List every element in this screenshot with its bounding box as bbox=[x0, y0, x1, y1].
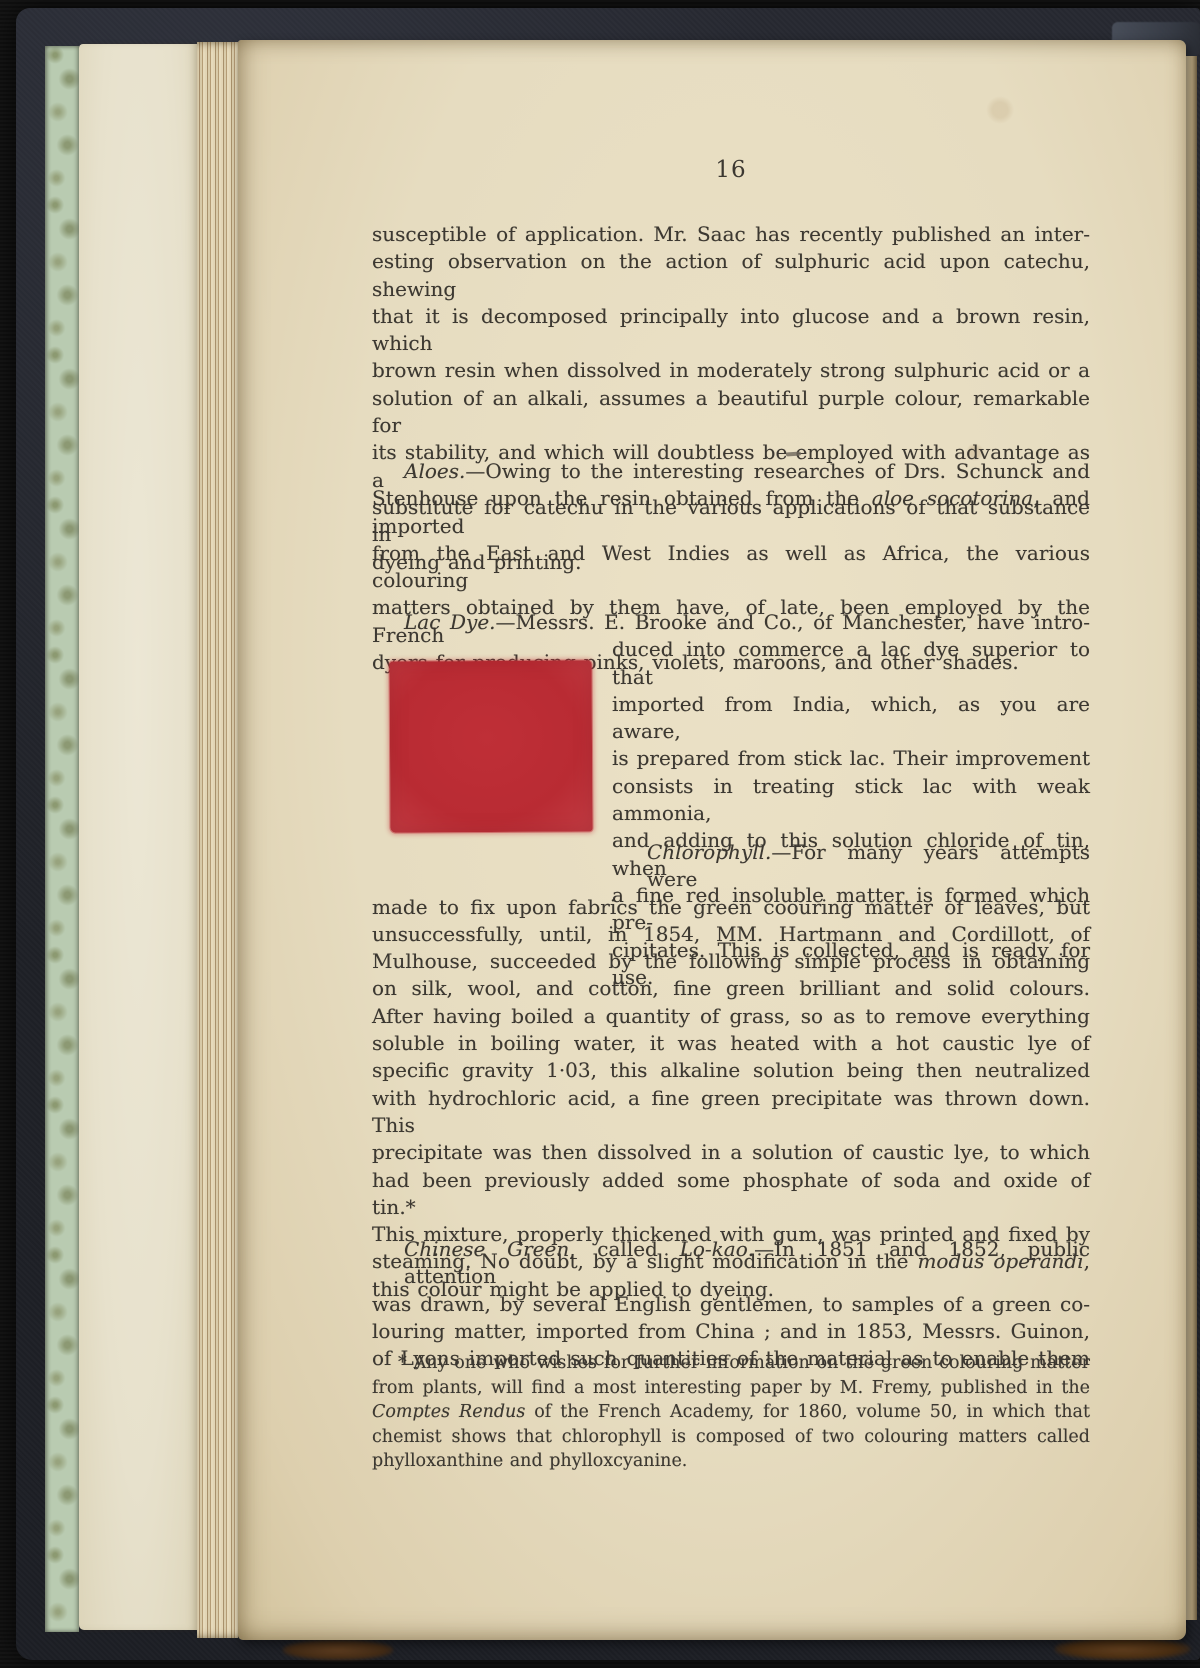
text-run: —Messrs. E. Brooke and Co., of Mancheste… bbox=[496, 610, 1090, 634]
marbled-endpaper bbox=[45, 46, 79, 1632]
text-run: * Any one who wishes for further informa… bbox=[398, 1353, 1090, 1373]
text-line: louring matter, imported from China ; an… bbox=[372, 1318, 1090, 1345]
italic-text-run: Aloes. bbox=[404, 459, 465, 483]
text-run: on silk, wool, and cotton, fine green br… bbox=[372, 976, 1090, 1000]
text-run: —Owing to the interesting researches of … bbox=[465, 459, 1090, 483]
text-line: Aloes.—Owing to the interesting research… bbox=[372, 458, 1090, 485]
italic-text-run: Lac Dye. bbox=[404, 610, 496, 634]
text-run: soluble in boiling water, it was heated … bbox=[372, 1031, 1090, 1055]
text-line: made to fix upon fabrics the green coour… bbox=[372, 894, 1090, 921]
italic-text-run: Chlorophyll. bbox=[647, 840, 771, 864]
text-line: Chlorophyll.—For many years attempts wer… bbox=[647, 839, 1090, 894]
text-run: brown resin when dissolved in moderately… bbox=[372, 358, 1090, 382]
text-run: made to fix upon fabrics the green coour… bbox=[372, 895, 1090, 919]
text-line: phylloxanthine and phylloxcyanine. bbox=[372, 1449, 1090, 1474]
text-run: solution of an alkali, assumes a beautif… bbox=[372, 386, 1090, 437]
text-line: had been previously added some phosphate… bbox=[372, 1167, 1090, 1222]
text-line: * Any one who wishes for further informa… bbox=[372, 1351, 1090, 1376]
text-line: specific gravity 1·03, this alkaline sol… bbox=[372, 1057, 1090, 1084]
text-run: imported from India, which, as you are a… bbox=[612, 692, 1090, 743]
cover-wear-mark bbox=[283, 1640, 393, 1660]
text-run: , called bbox=[569, 1237, 679, 1261]
italic-text-run: Chinese Green bbox=[404, 1237, 569, 1261]
text-run: consists in treating stick lac with weak… bbox=[612, 774, 1090, 825]
italic-text-run: Lo-kao bbox=[680, 1237, 748, 1261]
text-run: esting observation on the action of sulp… bbox=[372, 249, 1090, 300]
text-run: with hydrochloric acid, a fine green pre… bbox=[372, 1086, 1090, 1137]
footnote: * Any one who wishes for further informa… bbox=[372, 1351, 1090, 1474]
text-line: Stenhouse upon the resin obtained from t… bbox=[372, 485, 1090, 540]
text-run: susceptible of application. Mr. Saac has… bbox=[372, 222, 1090, 246]
fabric-swatch bbox=[389, 660, 592, 832]
book-page: 16 susceptible of application. Mr. Saac … bbox=[238, 40, 1186, 1640]
text-line: is prepared from stick lac. Their improv… bbox=[612, 745, 1090, 772]
text-run: Mulhouse, succeeded by the following sim… bbox=[372, 949, 1090, 973]
text-line: unsuccessfully, until, in 1854, MM. Hart… bbox=[372, 921, 1090, 948]
italic-text-run: Comptes Rendus bbox=[372, 1402, 525, 1422]
paragraph-chlorophyll: Chlorophyll.—For many years attempts wer… bbox=[372, 839, 1090, 1303]
text-run: was drawn, by several English gentlemen,… bbox=[372, 1292, 1090, 1316]
underlying-page-edge bbox=[1186, 56, 1197, 1620]
text-run: had been previously added some phosphate… bbox=[372, 1168, 1090, 1219]
text-run: is prepared from stick lac. Their improv… bbox=[612, 746, 1090, 770]
flyleaf-page bbox=[79, 44, 197, 1630]
text-run: that it is decomposed principally into g… bbox=[372, 304, 1090, 355]
text-run: louring matter, imported from China ; an… bbox=[372, 1319, 1090, 1343]
text-run: unsuccessfully, until, in 1854, MM. Hart… bbox=[372, 922, 1090, 946]
text-line: chemist shows that chlorophyll is compos… bbox=[372, 1425, 1090, 1450]
text-line: precipitate was then dissolved in a solu… bbox=[372, 1139, 1090, 1166]
text-run: precipitate was then dissolved in a solu… bbox=[372, 1140, 1090, 1164]
text-line: Lac Dye.—Messrs. E. Brooke and Co., of M… bbox=[372, 609, 1090, 636]
text-run: from plants, will find a most interestin… bbox=[372, 1378, 1090, 1398]
text-line: from plants, will find a most interestin… bbox=[372, 1376, 1090, 1401]
text-line: duced into commerce a lac dye superior t… bbox=[612, 636, 1090, 691]
text-run: phylloxanthine and phylloxcyanine. bbox=[372, 1451, 687, 1471]
text-line: imported from India, which, as you are a… bbox=[612, 691, 1090, 746]
page-edges-stack bbox=[197, 42, 238, 1638]
text-run: duced into commerce a lac dye superior t… bbox=[612, 637, 1090, 688]
text-line: on silk, wool, and cotton, fine green br… bbox=[372, 975, 1090, 1002]
text-line: was drawn, by several English gentlemen,… bbox=[372, 1291, 1090, 1318]
text-line: susceptible of application. Mr. Saac has… bbox=[372, 221, 1090, 248]
text-line: consists in treating stick lac with weak… bbox=[612, 773, 1090, 828]
text-line: with hydrochloric acid, a fine green pre… bbox=[372, 1085, 1090, 1140]
text-line: After having boiled a quantity of grass,… bbox=[372, 1003, 1090, 1030]
text-line: solution of an alkali, assumes a beautif… bbox=[372, 385, 1090, 440]
text-line: esting observation on the action of sulp… bbox=[372, 248, 1090, 303]
page-number: 16 bbox=[372, 157, 1090, 183]
cover-wear-mark bbox=[1055, 1638, 1190, 1660]
text-run: of the French Academy, for 1860, volume … bbox=[525, 1402, 1090, 1422]
text-run: Stenhouse upon the resin obtained from t… bbox=[372, 486, 872, 510]
italic-text-run: aloe socotorina bbox=[872, 486, 1033, 510]
photograph-backdrop: 16 susceptible of application. Mr. Saac … bbox=[0, 0, 1200, 1668]
text-line: soluble in boiling water, it was heated … bbox=[372, 1030, 1090, 1057]
text-line: Comptes Rendus of the French Academy, fo… bbox=[372, 1400, 1090, 1425]
text-line: Chinese Green, called Lo-kao.—In 1851 an… bbox=[372, 1236, 1090, 1291]
text-run: specific gravity 1·03, this alkaline sol… bbox=[372, 1058, 1090, 1082]
text-run: chemist shows that chlorophyll is compos… bbox=[372, 1427, 1090, 1447]
text-line: brown resin when dissolved in moderately… bbox=[372, 357, 1090, 384]
text-run: After having boiled a quantity of grass,… bbox=[372, 1004, 1090, 1028]
text-line: Mulhouse, succeeded by the following sim… bbox=[372, 948, 1090, 975]
text-line: from the East and West Indies as well as… bbox=[372, 540, 1090, 595]
text-run: from the East and West Indies as well as… bbox=[372, 541, 1090, 592]
text-line: that it is decomposed principally into g… bbox=[372, 303, 1090, 358]
